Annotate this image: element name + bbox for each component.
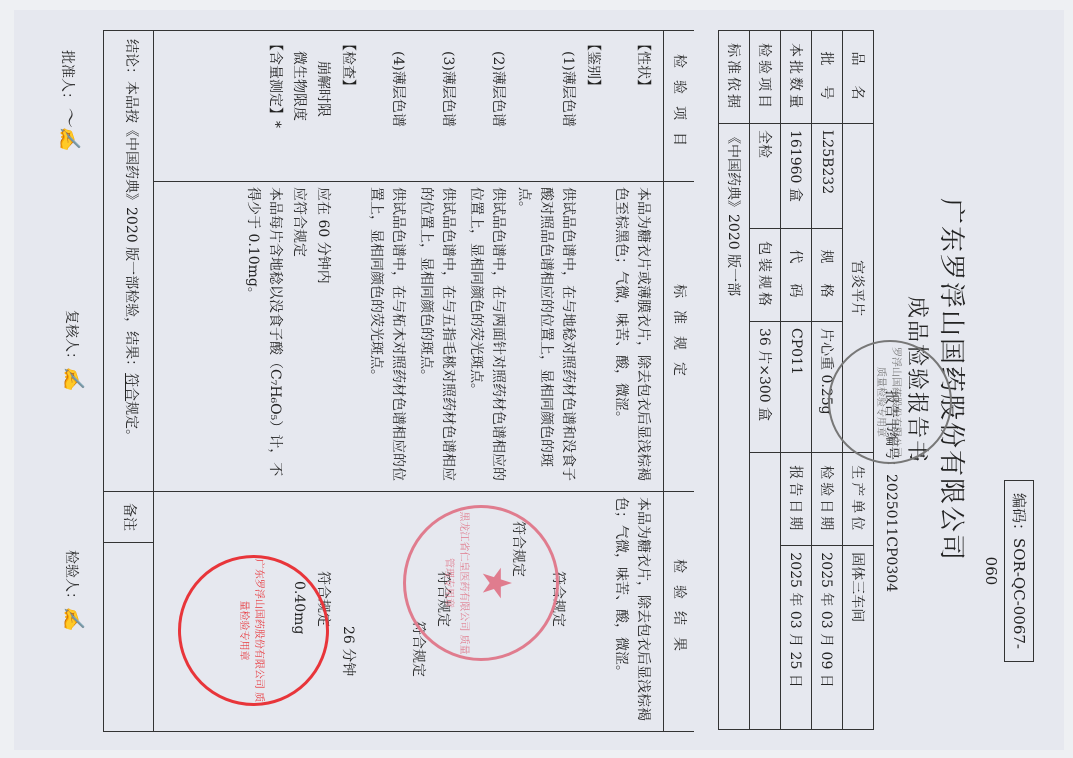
item-identification: 【鉴别】	[582, 37, 604, 175]
quality-stamp-pink: ★黑龙江省仁皇医药有限公司 质量管理专用章	[403, 505, 559, 661]
item-tlc-1: (1)薄层色谱	[557, 51, 579, 175]
conclusion-text: 结论：本品按《中国药典》2020 版一部检验，结果：符合规定。	[122, 39, 142, 443]
quality-stamp-gray: 罗浮山国药股份有限公司 质量检验专用章	[828, 340, 952, 464]
standard-tlc-3: 供试品色谱中，在与五指毛桃对照药材色谱相应的位置上，显相同颜色的斑点。	[415, 187, 459, 485]
result-appearance: 本品为糖衣片，除去包衣后显浅棕褐色；气微，味苦、酸，微涩。	[610, 497, 654, 725]
quality-stamp-red: 广东罗浮山国药股份有限公司 质量检验专用章	[178, 555, 329, 706]
header-result: 检验结果	[663, 491, 694, 731]
approver: 批准人：〜✍	[57, 50, 86, 151]
item-tlc-4: (4)薄层色谱	[387, 51, 409, 175]
standard-assay: 本品每片含地稔以没食子酸（C₇H₆O₅）计，不得少于 0.10mg。	[242, 187, 286, 485]
package-value: 36 片×300 盒	[750, 322, 781, 453]
standard-tlc-2: 供试品色谱中，在与两面针对照药材色谱相应的位置上，显相同颜色的荧光斑点。	[465, 187, 509, 485]
conclusion-row: 结论：本品按《中国药典》2020 版一部检验，结果：符合规定。 备注	[103, 30, 154, 732]
code-label: 代 码	[781, 229, 812, 322]
reviewer-signature: ✍	[62, 366, 86, 391]
standard-tlc-1: 供试品色谱中，在与地稔对照药材色谱和没食子酸对照品色谱相应的位置上，显相同颜色的…	[513, 187, 579, 485]
standard-tlc-4: 供试品色谱中，在与柘木对照药材色谱相应的位置上，显相同颜色的荧光斑点。	[365, 187, 409, 485]
item-tlc-2: (2)薄层色谱	[487, 51, 509, 175]
item-disintegration: 崩解时限	[312, 61, 334, 175]
standard-appearance: 本品为糖衣片或薄膜衣片，除去包衣后显浅棕褐色至棕黑色；气微，味苦、酸，微涩。	[610, 187, 654, 485]
header-test-item: 检验项目	[663, 31, 694, 181]
inspector-signature: ✍	[62, 606, 86, 631]
item-inspection: 【检查】	[337, 37, 359, 175]
product-name-label: 品 名	[843, 31, 874, 124]
code-value: CP011	[781, 322, 812, 453]
inspector: 检验人：✍	[62, 550, 86, 631]
item-tlc-3: (3)薄层色谱	[437, 51, 459, 175]
test-date-label: 检验日期	[812, 453, 843, 546]
standard-label: 标准依据	[719, 31, 750, 124]
report-date: 2025 年 03 月 25 日	[781, 546, 812, 730]
production-unit-label: 生产单位	[843, 453, 874, 546]
batch-number: L25B232	[812, 124, 843, 229]
spec-label: 规 格	[812, 229, 843, 322]
package-label: 包装规格	[750, 229, 781, 322]
batch-label: 批 号	[812, 31, 843, 124]
column-test-item: 检验项目 【性状】 【鉴别】 (1)薄层色谱 (2)薄层色谱 (3)薄层色谱 (…	[154, 31, 694, 182]
test-date: 2025 年 03 月 09 日	[812, 546, 843, 730]
test-items-label: 检验项目	[750, 31, 781, 124]
approver-signature: 〜✍	[58, 106, 82, 151]
document-code: 编码：SOR-QC-0067-060	[1004, 480, 1034, 662]
test-items-value: 全检	[750, 124, 781, 229]
result-disintegration: 26 分钟	[337, 626, 359, 725]
star-icon: ★	[473, 508, 519, 658]
reviewer: 复核人：✍	[62, 310, 86, 391]
report-page: 编码：SOR-QC-0067-060 广东罗浮山国药股份有限公司 成品检验报告书…	[14, 10, 1064, 750]
quantity-label: 本批数量	[781, 31, 812, 124]
conclusion-result: 符合	[123, 373, 139, 401]
item-microbial: 微生物限度	[288, 51, 310, 175]
header-standard: 标准规定	[663, 181, 694, 491]
column-standard: 标准规定 本品为糖衣片或薄膜衣片，除去包衣后显浅棕褐色至棕黑色；气微，味苦、酸，…	[154, 181, 694, 492]
standard-microbial: 应符合规定	[288, 187, 310, 485]
item-appearance: 【性状】	[632, 37, 654, 175]
production-unit: 固体三车间	[843, 546, 874, 730]
standard-disintegration: 应在 60 分钟内	[312, 187, 334, 485]
report-date-label: 报告日期	[781, 453, 812, 546]
standard-value: 《中国药典》2020 版一部	[719, 124, 750, 730]
quantity-value: 161960 盒	[781, 124, 812, 229]
note-label: 备注	[104, 491, 154, 543]
item-assay: 【含量测定】*	[264, 37, 286, 175]
